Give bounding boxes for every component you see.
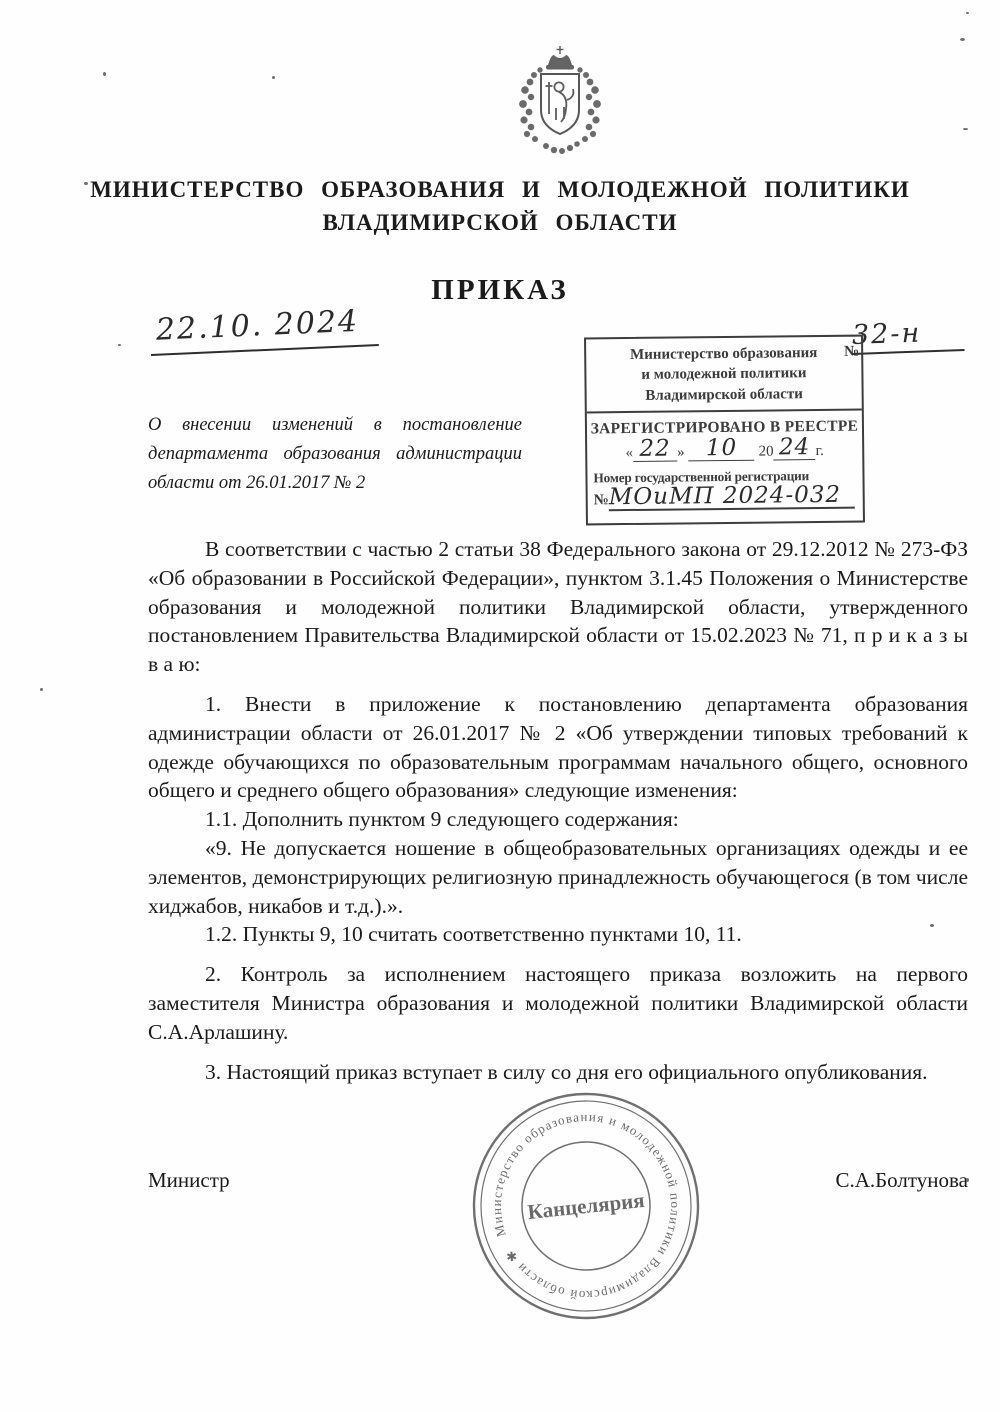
stamp-month-handwritten: 10 — [688, 437, 754, 461]
scan-speck — [118, 344, 121, 346]
ministry-name-heading: МИНИСТЕРСТВО ОБРАЗОВАНИЯ И МОЛОДЕЖНОЙ ПО… — [0, 174, 1000, 239]
stamp-org-line3: Владимирской области — [587, 383, 862, 406]
stamp-org-line2: и молодежной политики — [586, 363, 861, 386]
round-stamp-center-label: Канцелярия — [526, 1188, 645, 1224]
signature-row: Министр С.А.Болтунова — [148, 1168, 968, 1193]
handwritten-order-number: 32-н — [851, 316, 964, 355]
paragraph-item-1-1: 1.1. Дополнить пунктом 9 следующего соде… — [148, 805, 968, 834]
paragraph-item-1-2: 1.2. Пункты 9, 10 считать соответственно… — [148, 920, 968, 949]
signer-position: Министр — [148, 1168, 230, 1193]
scan-speck — [966, 12, 969, 14]
scan-speck — [966, 1178, 969, 1182]
stamp-reg-number-handwritten: МОиМП 2024-032 — [609, 483, 855, 511]
stamp-divider — [587, 408, 862, 413]
stamp-day-handwritten: 22 — [633, 438, 677, 461]
scan-speck — [960, 38, 965, 41]
ministry-name-line2: ВЛАДИМИРСКОЙ ОБЛАСТИ — [0, 207, 1000, 240]
order-subject: О внесении изменений в постановление деп… — [148, 411, 522, 499]
stamp-quote-open: « — [626, 445, 634, 462]
paragraph-new-clause-9: «9. Не допускается ношение в общеобразов… — [148, 834, 968, 920]
vladimir-oblast-coat-of-arms-icon — [500, 42, 620, 160]
scan-speck — [103, 72, 106, 76]
handwritten-date: 22.10. 2024 — [149, 303, 379, 356]
stamp-quote-close: » — [677, 444, 685, 461]
stamp-org-name: Министерство образования № и молодежной … — [586, 337, 862, 407]
stamp-org-line1: Министерство образования — [586, 343, 861, 366]
order-body: В соответствии с частью 2 статьи 38 Феде… — [148, 535, 968, 1086]
stamp-year-handwritten: 24 — [773, 437, 815, 460]
stamp-reg-number-row: № МОиМП 2024-032 — [594, 483, 855, 511]
paragraph-item-2: 2. Контроль за исполнением настоящего пр… — [148, 960, 968, 1046]
paragraph-legal-basis: В соответствии с частью 2 статьи 38 Феде… — [148, 535, 968, 679]
stamp-number-sign: № — [844, 342, 859, 362]
signer-name: С.А.Болтунова — [835, 1168, 968, 1193]
chancellery-round-stamp: Министерство образования и молодежной по… — [432, 1052, 740, 1360]
scan-speck — [963, 128, 968, 130]
paragraph-item-1: 1. Внести в приложение к постановлению д… — [148, 690, 968, 805]
document-title: ПРИКАЗ — [0, 274, 1000, 307]
scan-speck — [272, 76, 275, 79]
round-stamp-ring-text: Министерство образования и молодежной по… — [461, 1082, 710, 1331]
scanned-order-document: МИНИСТЕРСТВО ОБРАЗОВАНИЯ И МОЛОДЕЖНОЙ ПО… — [0, 0, 1000, 1412]
paragraph-item-3: 3. Настоящий приказ вступает в силу со д… — [148, 1058, 968, 1087]
registration-stamp: Министерство образования № и молодежной … — [584, 335, 865, 526]
scan-speck — [84, 182, 88, 185]
stamp-year-prefix: 20 — [759, 443, 774, 460]
scan-speck — [930, 924, 934, 927]
stamp-reg-number-sign: № — [594, 492, 609, 511]
scan-speck — [40, 688, 43, 691]
stamp-year-suffix: г. — [816, 443, 824, 460]
stamp-date-row: « 22 » 10 20 24 г. — [587, 436, 862, 462]
ministry-name-line1: МИНИСТЕРСТВО ОБРАЗОВАНИЯ И МОЛОДЕЖНОЙ ПО… — [0, 174, 1000, 207]
